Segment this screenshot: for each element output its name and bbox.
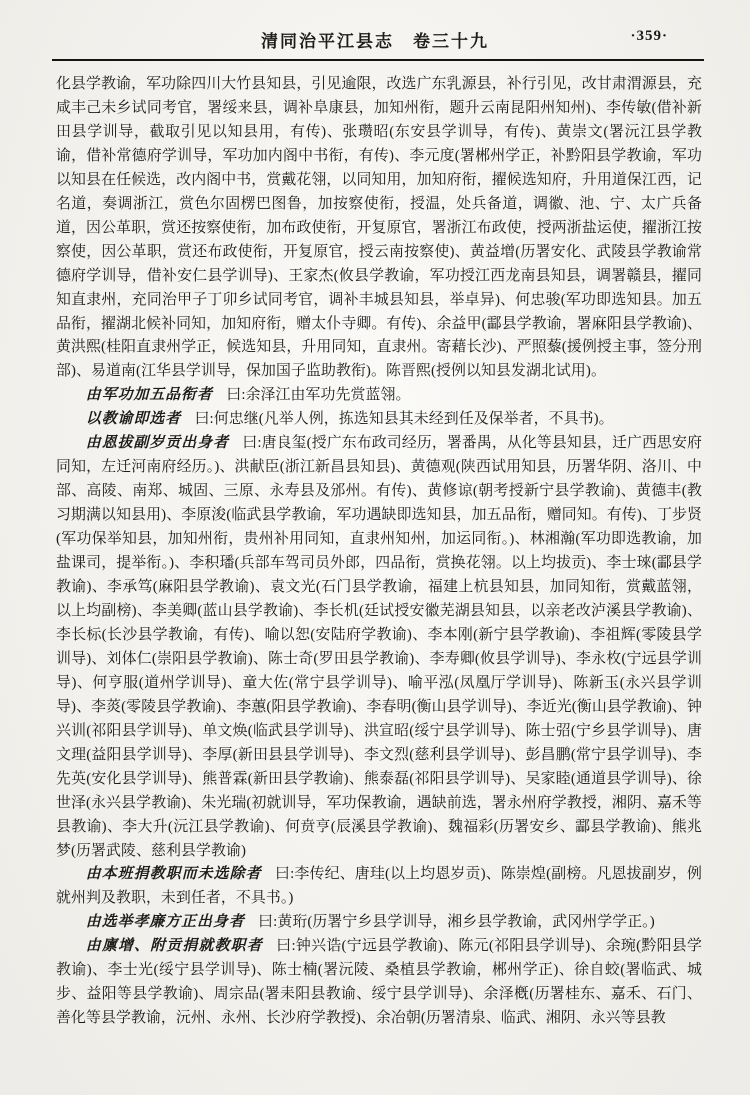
paragraph-lead: 由军功加五品衔者 <box>86 387 213 403</box>
paragraph-filial-upright: 由选举孝廉方正出身者曰:黄珩(历署宁乡县学训导，湘乡县学教谕，武冈州学学正。) <box>56 911 702 935</box>
paragraph-lead: 以教谕即选者 <box>86 411 181 427</box>
running-head: 清同治平江县志 卷三十九 ·359· <box>0 27 750 51</box>
header-divider <box>52 59 704 61</box>
paragraph-lead: 由本班捐教职而未选除者 <box>86 866 262 882</box>
body-text: 化县学教谕，军功除四川大竹县知县，引见逾限，改选广东乳源县，补行引见，改甘肃渭源… <box>56 73 702 1031</box>
paragraph-lead: 由恩拔副岁贡出身者 <box>86 435 229 451</box>
paragraph-lead: 由选举孝廉方正出身者 <box>86 914 245 930</box>
page-number: ·359· <box>630 28 668 45</box>
paragraph-text: 化县学教谕，军功除四川大竹县知县，引见逾限，改选广东乳源县，补行引见，改甘肃渭源… <box>56 76 702 379</box>
paragraph-tribute-students: 由恩拔副岁贡出身者曰:唐良玺(授广东布政司经历，署番禺，从化等县知县，迁广西思安… <box>56 432 702 863</box>
paragraph-lead: 由廪增、附贡捐就教职者 <box>86 938 263 954</box>
paragraph-purchased-posts: 由本班捐教职而未选除者曰:李传纪、唐珪(以上均恩岁贡)、陈崇煌(副榜。凡恩拔副岁… <box>56 863 702 911</box>
paragraph-instructor-selected: 以教谕即选者曰:何忠继(凡举人例，拣选知县其未经到任及保举者，不具书)。 <box>56 408 702 432</box>
scanned-gazetteer-page: 清同治平江县志 卷三十九 ·359· 化县学教谕，军功除四川大竹县知县，引见逾限… <box>0 0 750 1095</box>
paragraph-text: 曰:唐良玺(授广东布政司经历，署番禺，从化等县知县，迁广西思安府同知，左迁河南府… <box>56 435 702 858</box>
paragraph-stipend-students: 由廪增、附贡捐就教职者曰:钟兴诰(宁远县学教谕)、陈元(祁阳县学训导)、余琬(黔… <box>56 935 702 1031</box>
paragraph-text: 曰:何忠继(凡举人例，拣选知县其未经到任及保举者，不具书)。 <box>195 411 614 427</box>
paragraph-text: 曰:黄珩(历署宁乡县学训导，湘乡县学教谕，武冈州学学正。) <box>258 914 655 930</box>
paragraph-continuation: 化县学教谕，军功除四川大竹县知县，引见逾限，改选广东乳源县，补行引见，改甘肃渭源… <box>56 73 702 384</box>
paragraph-military-merit: 由军功加五品衔者曰:余泽江由军功先赏蓝翎。 <box>56 384 702 408</box>
paragraph-text: 曰:余泽江由军功先赏蓝翎。 <box>226 387 410 403</box>
